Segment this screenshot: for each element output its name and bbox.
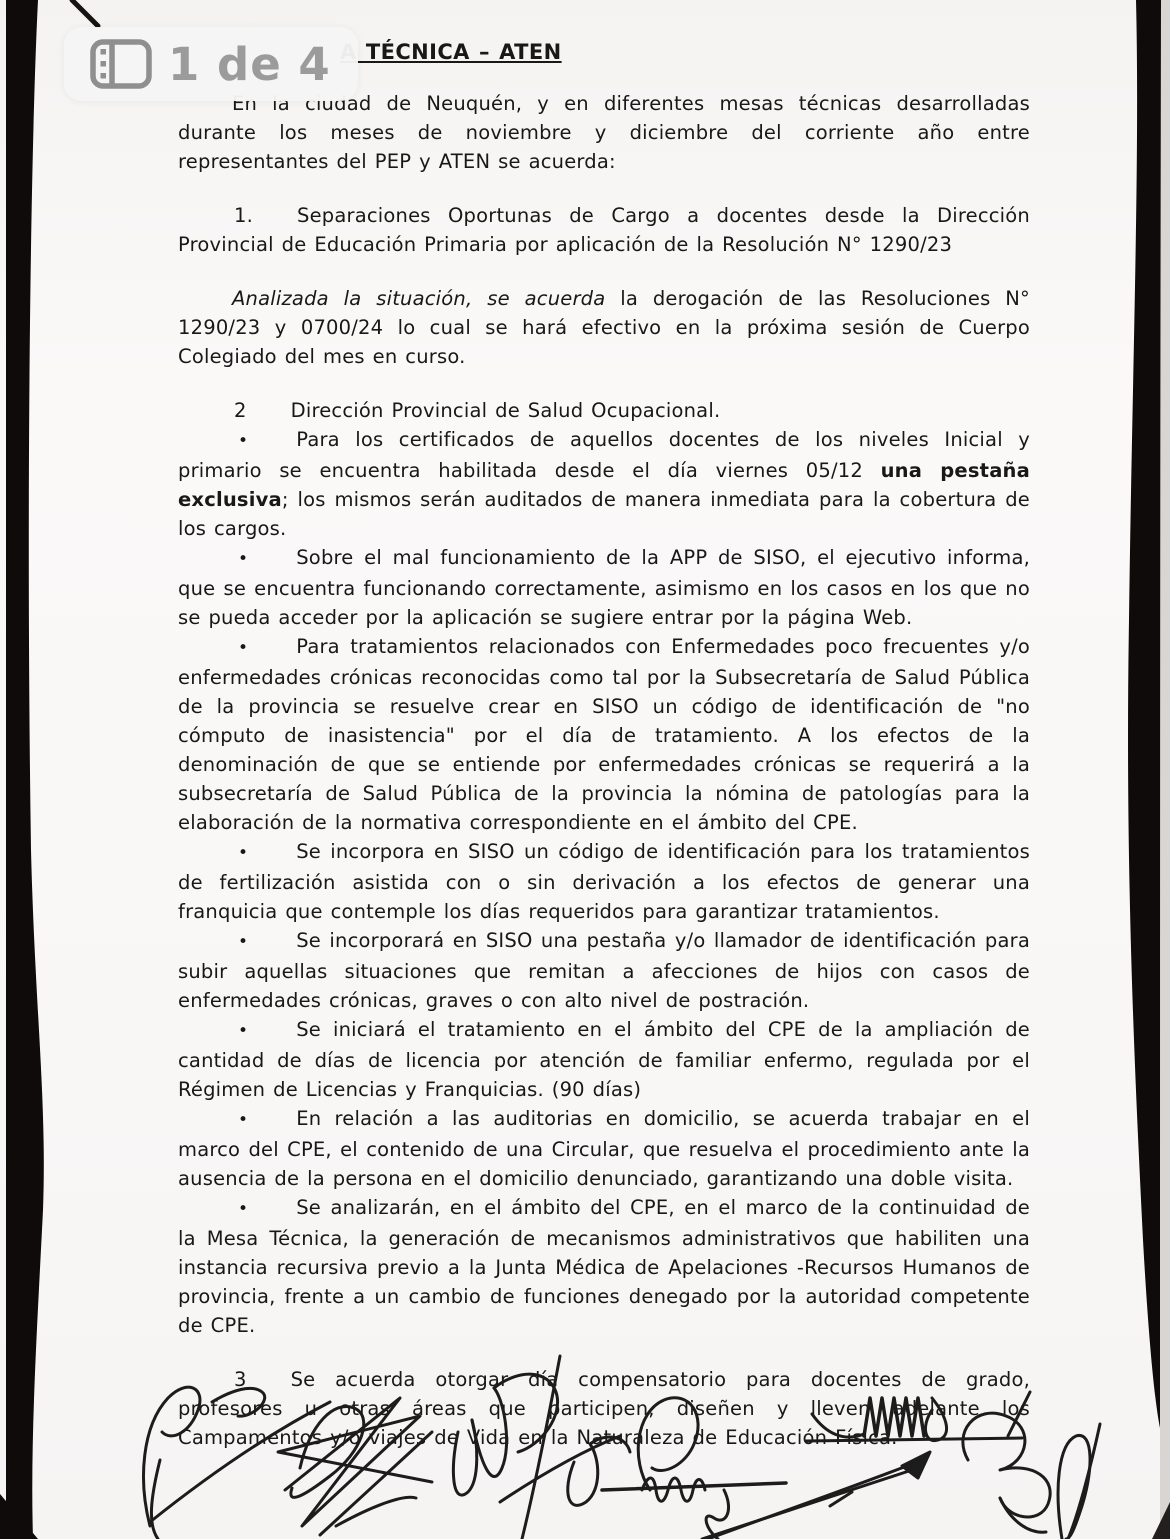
document-title: A TÉCNICA – ATEN [340,38,1030,67]
doc-paragraph: •Se incorporará en SISO una pestaña y/o … [178,926,1030,1015]
doc-paragraph: •En relación a las auditorias en domicil… [178,1104,1030,1193]
bullet-marker: • [238,932,248,952]
doc-paragraph: •Se incorpora en SISO un código de ident… [178,837,1030,926]
sidebar-thumbnails-icon [90,39,152,89]
doc-paragraph: 1.Separaciones Oportunas de Cargo a doce… [178,201,1030,259]
doc-paragraph: En la ciudad de Neuquén, y en diferentes… [178,89,1030,176]
document-body: En la ciudad de Neuquén, y en diferentes… [178,89,1030,1452]
doc-paragraph: •Sobre el mal funcionamiento de la APP d… [178,543,1030,632]
bullet-marker: • [238,431,248,451]
doc-paragraph: •Se iniciará el tratamiento en el ámbito… [178,1015,1030,1104]
document-content: A TÉCNICA – ATEN En la ciudad de Neuquén… [178,38,1030,1452]
bullet-marker: • [238,638,248,658]
page-indicator-label: 1 de 4 [168,42,331,87]
bullet-marker: • [238,843,248,863]
bullet-marker: • [238,549,248,569]
bullet-marker: • [238,1199,248,1219]
page-indicator-badge[interactable]: 1 de 4 [64,27,358,101]
doc-paragraph: •Para tratamientos relacionados con Enfe… [178,632,1030,837]
item-number: 2 [234,399,247,422]
doc-paragraph: 2Dirección Provincial de Salud Ocupacion… [178,396,1030,425]
bullet-marker: • [238,1110,248,1130]
item-number: 3 [234,1368,247,1391]
bullet-marker: • [238,1021,248,1041]
doc-paragraph: •Para los certificados de aquellos docen… [178,425,1030,543]
item-number: 1. [234,204,253,227]
doc-paragraph: Analizada la situación, se acuerda la de… [178,284,1030,371]
doc-paragraph: 3Se acuerda otorgar día compensatorio pa… [178,1365,1030,1452]
doc-paragraph: •Se analizarán, en el ámbito del CPE, en… [178,1193,1030,1340]
